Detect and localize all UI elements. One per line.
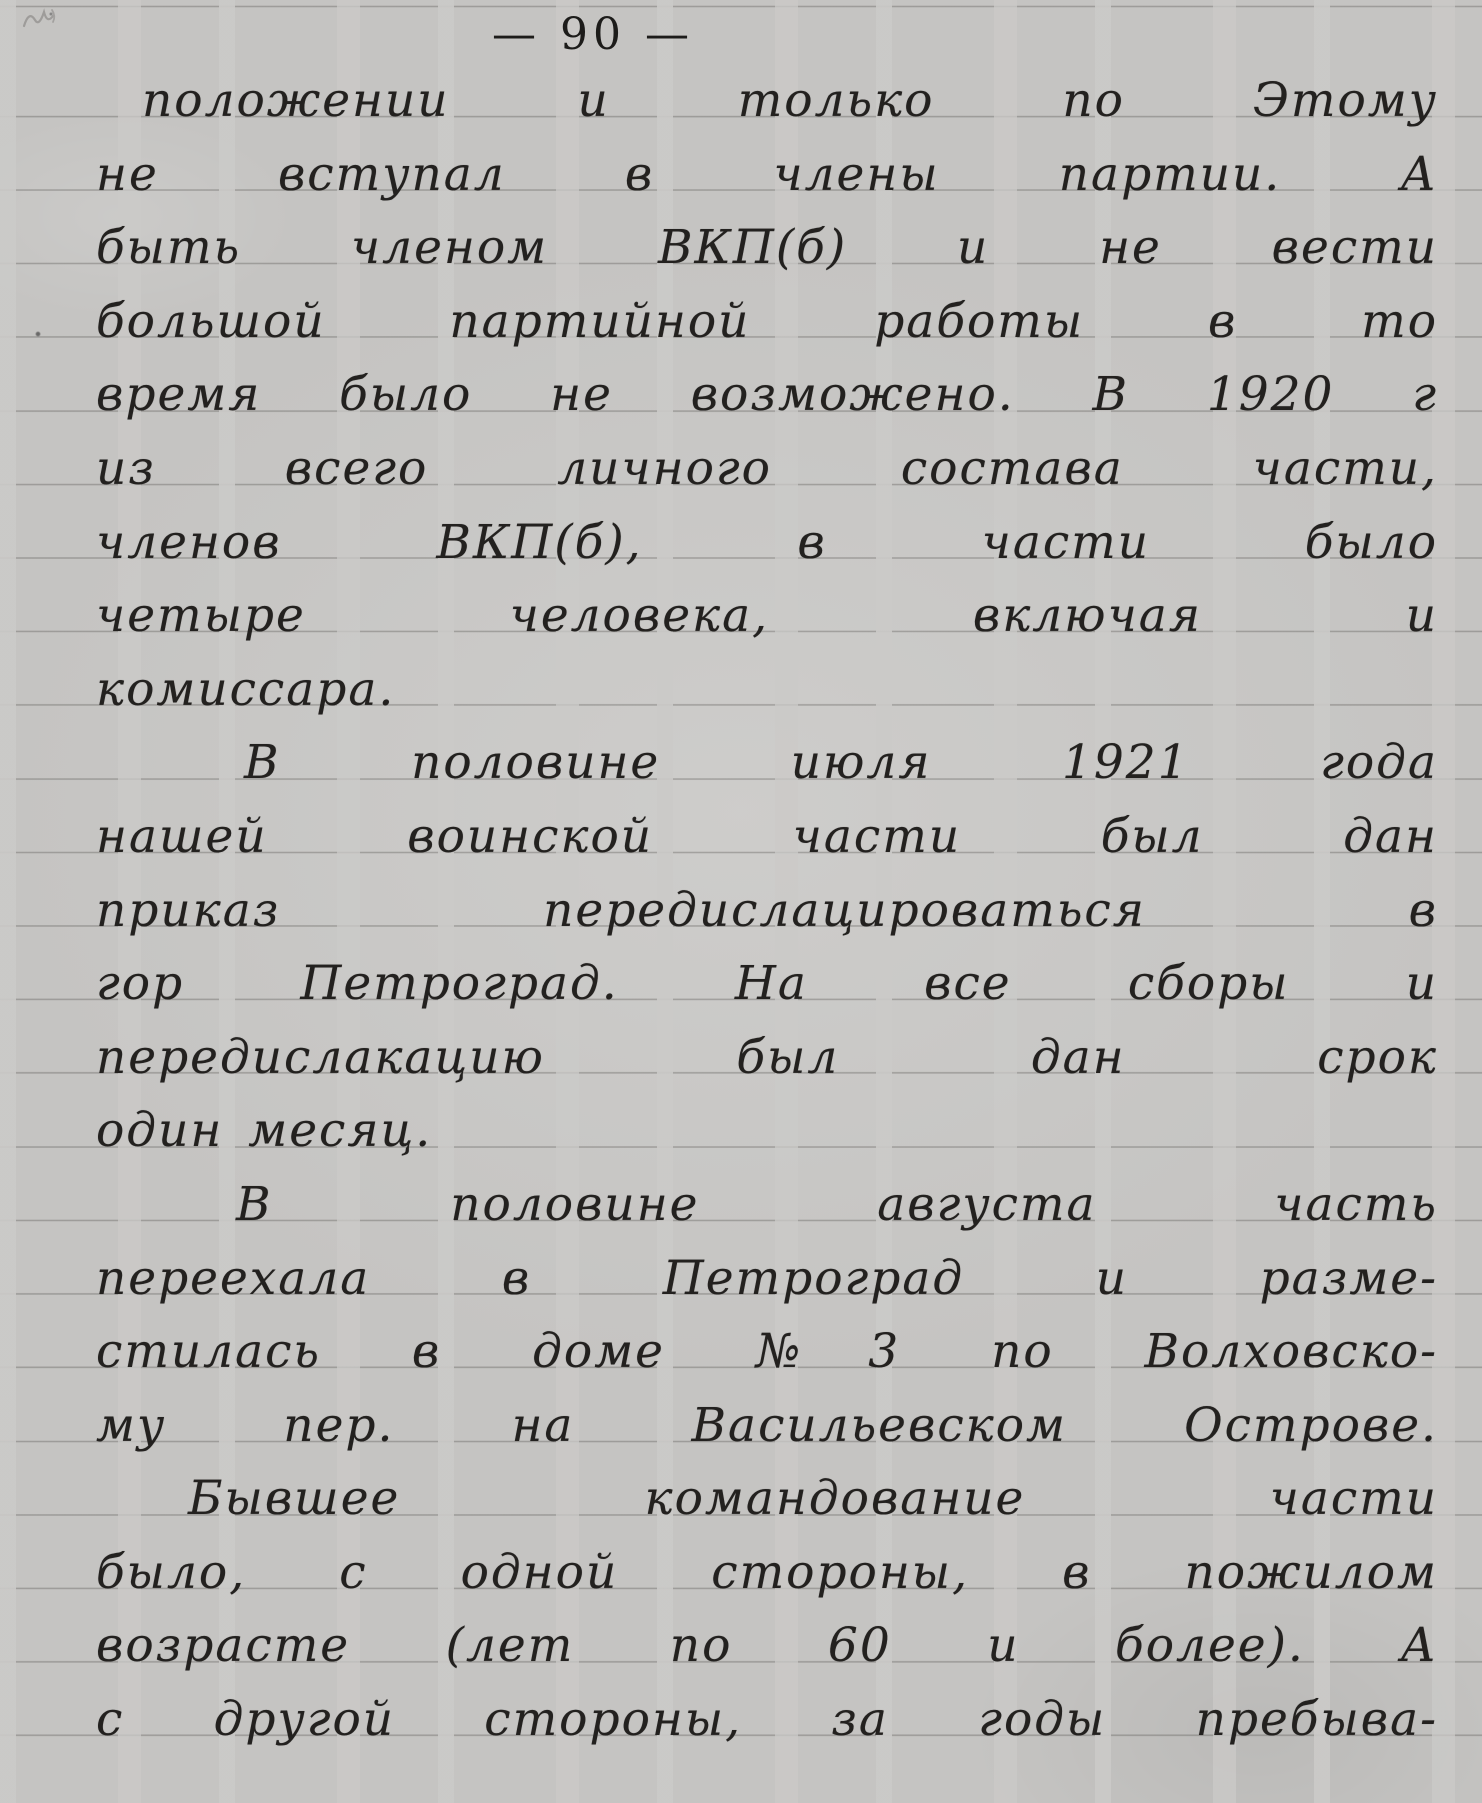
handwritten-line: гор Петроград. На все сборы и [96, 947, 1438, 1021]
handwritten-line: В половине июля 1921 года [96, 726, 1438, 800]
handwritten-line: положении и только по Этому [96, 64, 1438, 138]
text-column: — 90 — положении и только по Этому не вс… [96, 6, 1438, 1757]
paragraph: положении и только по Этому не вступал в… [96, 64, 1438, 726]
handwritten-line: было, с одной стороны, в пожилом [96, 1536, 1438, 1610]
handwritten-line: из всего личного состава части, [96, 432, 1438, 506]
handwritten-line: нашей воинской части был дан [96, 800, 1438, 874]
handwritten-line: В половине августа часть [96, 1168, 1438, 1242]
handwritten-line: один месяц. [96, 1094, 1438, 1168]
handwritten-line: Бывшее командование части [96, 1462, 1438, 1536]
corner-pencil-mark [18, 2, 84, 36]
handwritten-line: членов ВКП(б), в части было [96, 506, 1438, 580]
handwritten-line: му пер. на Васильевском Острове. [96, 1389, 1438, 1463]
page-number: — 90 — [492, 6, 694, 64]
handwritten-line: четыре человека, включая и [96, 579, 1438, 653]
handwritten-line: передислакацию был дан срок [96, 1021, 1438, 1095]
handwritten-line: комиссара. [96, 653, 1438, 727]
handwritten-line: возрасте (лет по 60 и более). А [96, 1609, 1438, 1683]
handwritten-line: стилась в доме №3 по Волховско- [96, 1315, 1438, 1389]
handwritten-line: приказ передислацироваться в [96, 874, 1438, 948]
paragraph: В половине августа часть переехала в Пет… [96, 1168, 1438, 1462]
handwritten-line: время было не возможено. В 1920 г [96, 358, 1438, 432]
handwritten-line: большой партийной работы в то [96, 285, 1438, 359]
paragraph: Бывшее командование части было, с одной … [96, 1462, 1438, 1756]
paragraph: В половине июля 1921 года нашей воинской… [96, 726, 1438, 1168]
handwritten-line: переехала в Петроград и разме- [96, 1242, 1438, 1316]
handwritten-line: с другой стороны, за годы пребыва- [96, 1683, 1438, 1757]
handwritten-line: быть членом ВКП(б) и не вести [96, 211, 1438, 285]
handwritten-line: не вступал в члены партии. А [96, 138, 1438, 212]
manuscript-page: — 90 — положении и только по Этому не вс… [0, 0, 1482, 1803]
